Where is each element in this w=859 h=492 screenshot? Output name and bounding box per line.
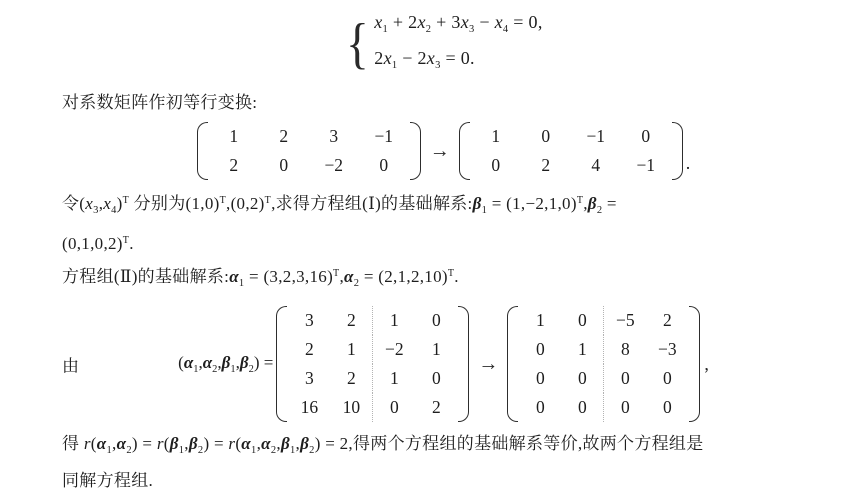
left-paren (507, 306, 518, 422)
right-paren (410, 122, 421, 180)
matrix-cell: 3 (288, 306, 330, 335)
equation-line-2: 2x1 − 2x3 = 0. (374, 44, 542, 80)
matrix-cell: 0 (372, 393, 415, 422)
right-paren (689, 306, 700, 422)
arrow-icon: → (421, 140, 459, 163)
augmented-matrix: 3 2 1 0 2 1 −2 1 3 2 1 0 16 10 0 2 (276, 306, 469, 422)
matrix-cell: 4 (571, 151, 621, 180)
paragraph-rank-conclusion-line-1: 得 r(α1,α2) = r(β1,β2) = r(α1,α2,β1,β2) =… (62, 429, 825, 466)
matrix-cell: 0 (259, 151, 309, 180)
left-paren (197, 122, 208, 180)
matrix-cell: 0 (519, 393, 561, 422)
paragraph-row-transform: 对系数矩阵作初等行变换: (62, 88, 825, 118)
equation-system: { x1 + 2x2 + 3x3 − x4 = 0, 2x1 − 2x3 = 0… (62, 8, 825, 80)
right-paren (458, 306, 469, 422)
vector-concat-label: (α1,α2,β1,β2) = (178, 353, 273, 375)
matrix-cell: 8 (603, 335, 646, 364)
matrix-reduction-line-2: 由 (α1,α2,β1,β2) = 3 2 1 0 2 1 −2 1 3 2 1… (62, 306, 825, 422)
matrix-cells: 3 2 1 0 2 1 −2 1 3 2 1 0 16 10 0 2 (288, 306, 457, 422)
matrix-cell: 1 (415, 335, 457, 364)
matrix-cell: −3 (646, 335, 688, 364)
matrix-cell: 0 (519, 335, 561, 364)
matrix-cell: 1 (372, 364, 415, 393)
matrix-cell: 0 (521, 122, 571, 151)
matrix-cells: 1 0 −5 2 0 1 8 −3 0 0 0 0 0 0 0 0 (519, 306, 688, 422)
matrix-cell: −2 (372, 335, 415, 364)
matrix-cell: −2 (309, 151, 359, 180)
matrix-cell: 0 (471, 151, 521, 180)
matrix-cell: 1 (471, 122, 521, 151)
matrix-cell: 1 (372, 306, 415, 335)
equation-rows: x1 + 2x2 + 3x3 − x4 = 0, 2x1 − 2x3 = 0. (374, 8, 542, 80)
period: . (686, 154, 691, 172)
matrix-cell: 0 (603, 393, 646, 422)
matrix-cell: 1 (209, 122, 259, 151)
matrix-cell: 0 (519, 364, 561, 393)
matrix-cell: 0 (359, 151, 409, 180)
matrix-cell: 0 (646, 364, 688, 393)
matrix-cell: 2 (209, 151, 259, 180)
matrix-cell: 0 (621, 122, 671, 151)
matrix-cell: 16 (288, 393, 330, 422)
matrix-cell: 3 (288, 364, 330, 393)
matrix-cell: 0 (561, 364, 603, 393)
matrix-cell: −5 (603, 306, 646, 335)
reduced-augmented-matrix: 1 0 −5 2 0 1 8 −3 0 0 0 0 0 0 0 0 (507, 306, 700, 422)
matrix-cell: 2 (646, 306, 688, 335)
reduced-matrix: 1 0 −1 0 0 2 4 −1 (459, 122, 683, 180)
matrix-cell: 2 (521, 151, 571, 180)
matrix-cell: 10 (330, 393, 372, 422)
left-paren (276, 306, 287, 422)
document-page: { x1 + 2x2 + 3x3 − x4 = 0, 2x1 − 2x3 = 0… (0, 0, 859, 492)
matrix-cell: 0 (415, 306, 457, 335)
paragraph-rank-conclusion-line-2: 同解方程组. (62, 466, 825, 492)
matrix-cell: 0 (561, 306, 603, 335)
matrix-cell: −1 (621, 151, 671, 180)
matrix-cell: 0 (646, 393, 688, 422)
matrix-reduction-line-1: 1 2 3 −1 2 0 −2 0 → 1 0 −1 0 0 2 4 −1 (62, 122, 825, 180)
matrix-cells: 1 0 −1 0 0 2 4 −1 (471, 122, 671, 180)
matrix-cell: −1 (571, 122, 621, 151)
matrix-cell: −1 (359, 122, 409, 151)
matrix-cells: 1 2 3 −1 2 0 −2 0 (209, 122, 409, 180)
matrix-cell: 2 (330, 364, 372, 393)
paragraph-basis-system-2: 方程组(Ⅱ)的基础解系:α1 = (3,2,3,16)T,α2 = (2,1,2… (62, 259, 825, 299)
matrix-cell: 2 (415, 393, 457, 422)
matrix-cell: 0 (603, 364, 646, 393)
paragraph-basis-system-1-line-1: 令(x3,x4)T 分别为(1,0)T,(0,2)T,求得方程组(Ⅰ)的基础解系… (62, 186, 825, 226)
matrix-cell: 1 (519, 306, 561, 335)
matrix-cell: 0 (415, 364, 457, 393)
equation-line-1: x1 + 2x2 + 3x3 − x4 = 0, (374, 8, 542, 44)
right-paren (672, 122, 683, 180)
comma: , (704, 354, 709, 375)
matrix-cell: 3 (309, 122, 359, 151)
paragraph-basis-system-1-line-2: (0,1,0,2)T. (62, 226, 825, 259)
matrix-cell: 2 (259, 122, 309, 151)
coefficient-matrix: 1 2 3 −1 2 0 −2 0 (197, 122, 421, 180)
connective-you: 由 (62, 352, 79, 377)
arrow-icon: → (469, 353, 507, 376)
matrix-cell: 1 (561, 335, 603, 364)
left-brace: { (346, 16, 369, 72)
matrix-cell: 0 (561, 393, 603, 422)
matrix-cell: 2 (330, 306, 372, 335)
matrix-cell: 2 (288, 335, 330, 364)
left-paren (459, 122, 470, 180)
matrix-cell: 1 (330, 335, 372, 364)
